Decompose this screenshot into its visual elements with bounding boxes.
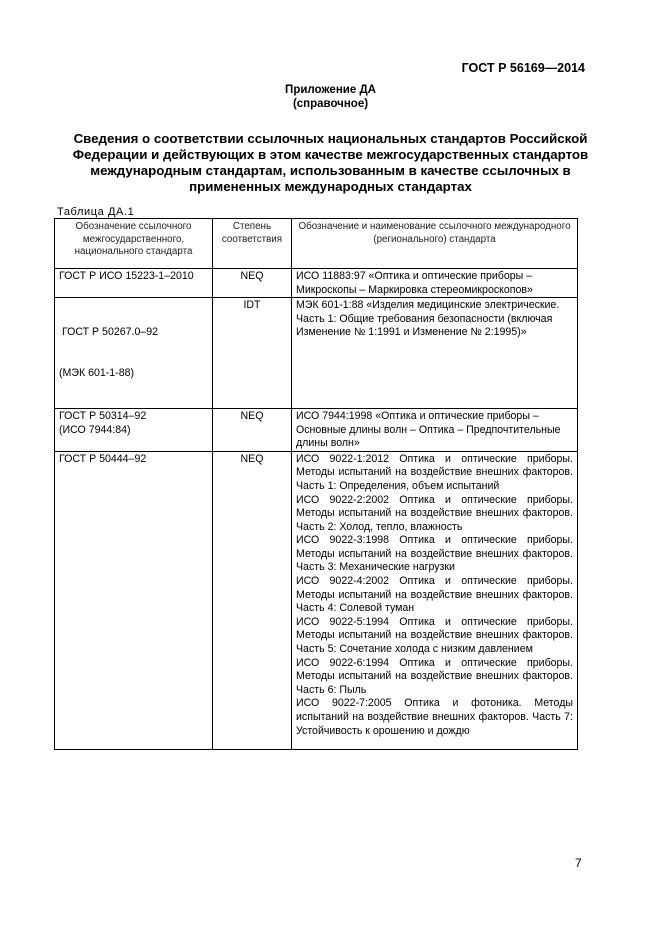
- header-degree: Степень соответствия: [213, 219, 292, 269]
- title-line: международным стандартам, использованным…: [60, 163, 601, 179]
- international-standard-cell: ИСО 9022-1:2012 Оптика и оптические приб…: [292, 451, 578, 749]
- standard-entry: ИСО 9022-3:1998 Оптика и оптические приб…: [296, 534, 573, 575]
- degree-cell: NEQ: [213, 269, 292, 298]
- table-caption: Таблица ДА.1: [57, 206, 134, 218]
- table-row: ГОСТ Р 50314–92 (ИСО 7944:84) NEQ ИСО 79…: [55, 408, 578, 451]
- standard-entry: ИСО 9022-1:2012 Оптика и оптические приб…: [296, 453, 573, 494]
- table-header-row: Обозначение ссылочного межгосударственно…: [55, 219, 578, 269]
- international-standard-cell: ИСО 7944:1998 «Оптика и оптические прибо…: [292, 408, 578, 451]
- header-international-standard: Обозначение и наименование ссылочного ме…: [292, 219, 578, 269]
- national-standard-cell: ГОСТ Р 50444–92: [55, 451, 213, 749]
- title-line: примененных международных стандартах: [60, 179, 601, 195]
- appendix-subtitle: (справочное): [0, 97, 661, 111]
- international-standard-cell: ИСО 11883:97 «Оптика и оптические прибор…: [292, 269, 578, 298]
- standard-entry: ИСО 9022-2:2002 Оптика и оптические приб…: [296, 494, 573, 535]
- standard-entry: ИСО 9022-5:1994 Оптика и оптические приб…: [296, 616, 573, 657]
- appendix-heading: Приложение ДА (справочное): [0, 83, 661, 111]
- national-standard-cell: ГОСТ Р 50314–92 (ИСО 7944:84): [55, 408, 213, 451]
- degree-cell: NEQ: [213, 451, 292, 749]
- document-code: ГОСТ Р 56169—2014: [462, 61, 585, 75]
- title-line: Сведения о соответствии ссылочных национ…: [60, 131, 601, 147]
- table-row: ГОСТ Р 50267.0–92 (МЭК 601-1-88) IDT МЭК…: [55, 298, 578, 409]
- page-title: Сведения о соответствии ссылочных национ…: [60, 131, 601, 195]
- national-standard-cell: ГОСТ Р ИСО 15223-1–2010: [55, 269, 213, 298]
- header-national-standard: Обозначение ссылочного межгосударственно…: [55, 219, 213, 269]
- degree-cell: NEQ: [213, 408, 292, 451]
- international-standard-cell: МЭК 601-1:88 «Изделия медицинские электр…: [292, 298, 578, 409]
- standard-entry: ИСО 9022-7:2005 Оптика и фотоника. Метод…: [296, 697, 573, 738]
- national-standard-cell: ГОСТ Р 50267.0–92 (МЭК 601-1-88): [55, 298, 213, 409]
- correspondence-table: Обозначение ссылочного межгосударственно…: [54, 218, 578, 750]
- degree-cell: IDT: [213, 298, 292, 409]
- table-row: ГОСТ Р ИСО 15223-1–2010 NEQ ИСО 11883:97…: [55, 269, 578, 298]
- title-line: Федерации и действующих в этом качестве …: [60, 147, 601, 163]
- standard-entry: ИСО 9022-4:2002 Оптика и оптические приб…: [296, 575, 573, 616]
- page-number: 7: [575, 856, 582, 870]
- table-row: ГОСТ Р 50444–92 NEQ ИСО 9022-1:2012 Опти…: [55, 451, 578, 749]
- standard-entry: ИСО 9022-6:1994 Оптика и оптические приб…: [296, 657, 573, 698]
- appendix-title: Приложение ДА: [0, 83, 661, 97]
